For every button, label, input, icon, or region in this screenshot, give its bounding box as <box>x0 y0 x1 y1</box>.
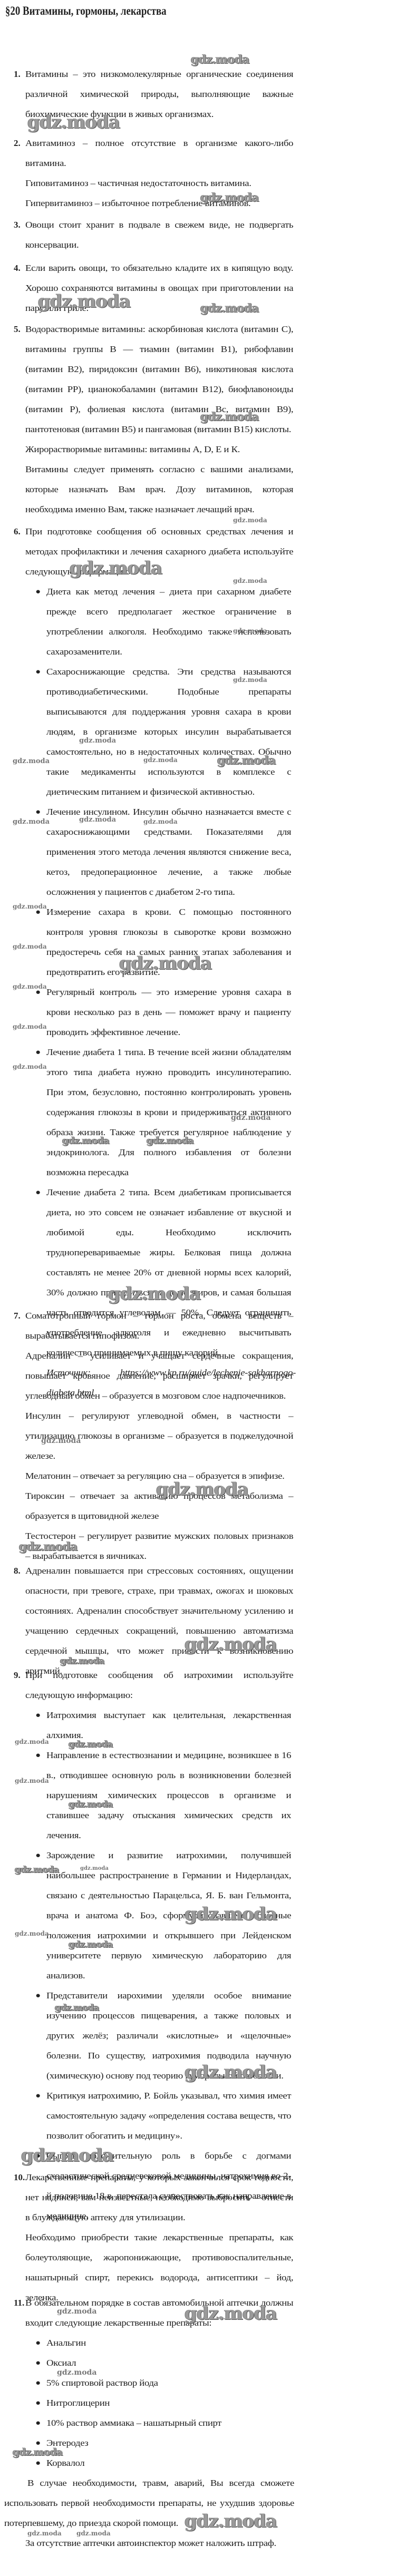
item-number: 8. <box>14 1561 21 1581</box>
answer-2-line: Авитаминоз – полное отсутствие в организ… <box>25 133 293 173</box>
answer-9: 9. При подготовке сообщения об иатрохими… <box>0 1665 416 2226</box>
answer-11-fine: За отсутствие аптечки автоинспектор може… <box>25 2533 293 2553</box>
answer-2-line: Гиповитаминоз – частичная недостаточност… <box>25 173 293 193</box>
answer-8-text: Адреналин повышается при стрессовых сост… <box>25 1561 293 1681</box>
list-item: ●5% спиртовой раствор йода <box>46 2373 291 2393</box>
page-title: §20 Витамины, гормоны, лекарства <box>5 4 167 18</box>
list-item: ●Направление в естествознании и медицине… <box>46 1745 291 1846</box>
bullet-icon: ● <box>35 2413 41 2433</box>
answer-11-outro: В случае необходимости, травм, аварий, В… <box>4 2473 294 2533</box>
bullet-icon: ● <box>35 982 41 1002</box>
list-item: ●Диета как метод лечения – диета при сах… <box>46 582 291 662</box>
answer-10: 10. Лекарственные препараты, у которых з… <box>0 2168 416 2308</box>
list-item: ●Лечение диабета 1 типа. В течение всей … <box>46 1042 291 1183</box>
answer-5-fat-soluble: Жирорастворимые витамины: витамины А, D,… <box>25 440 293 460</box>
answer-2: 2. Авитаминоз – полное отсутствие в орга… <box>0 133 416 213</box>
bullet-icon: ● <box>35 1183 41 1203</box>
list-item: ●Регулярный контроль — это измерение уро… <box>46 982 291 1042</box>
bullet-icon: ● <box>35 1745 41 1765</box>
list-item: ●Зарождение и развитие иатрохимии, получ… <box>46 1846 291 1986</box>
list-item: ●Представители иарохимии уделяли особое … <box>46 1986 291 2086</box>
item-number: 5. <box>14 319 21 339</box>
answer-2-line: Гипервитаминоз – избыточное потребление … <box>25 193 293 213</box>
bullet-icon: ● <box>35 902 41 922</box>
item-number: 11. <box>14 2293 24 2313</box>
item-number: 1. <box>14 64 21 84</box>
item-number: 2. <box>14 133 21 153</box>
item-number: 10. <box>14 2168 25 2188</box>
bullet-icon: ● <box>35 582 41 602</box>
bullet-icon: ● <box>35 662 41 682</box>
hormone-paragraph: Соматотропный гормон – гормон роста, обм… <box>25 1306 293 1346</box>
item-number: 9. <box>14 1665 21 1685</box>
list-item: ●Корвалол <box>46 2453 291 2473</box>
hormone-paragraph: Инсулин – регулируют углеводной обмен, в… <box>25 1406 293 1466</box>
answer-9-intro: При подготовке сообщения об иатрохимии и… <box>25 1665 293 1705</box>
bullet-icon: ● <box>35 2333 41 2353</box>
answer-5: 5. Водорастворимые витамины: аскорбинова… <box>0 319 416 520</box>
answer-6-list: ●Диета как метод лечения – диета при сах… <box>0 582 416 1363</box>
item-number: 4. <box>14 258 21 278</box>
item-number: 3. <box>14 215 21 235</box>
answer-1: 1. Витамины – это низкомолекулярные орга… <box>0 64 416 124</box>
answer-3: 3. Овощи стоит хранит в подвале в свежем… <box>0 215 416 255</box>
answer-5-advice: Витамины следует применять согласно с ва… <box>25 460 293 520</box>
hormone-paragraph: Тестостерон – регулирует развитие мужски… <box>25 1526 293 1566</box>
document-page: §20 Витамины, гормоны, лекарства 1. Вита… <box>0 0 416 2576</box>
bullet-icon: ● <box>35 2433 41 2453</box>
bullet-icon: ● <box>35 1986 41 2006</box>
list-item: ●Анальгин <box>46 2333 291 2353</box>
bullet-icon: ● <box>35 2453 41 2473</box>
list-item: ●Лечение инсулином. Инсулин обычно назна… <box>46 802 291 902</box>
list-item: ●Критикуя иатрохимию, Р. Бойль указывал,… <box>46 2086 291 2146</box>
bullet-icon: ● <box>35 2146 41 2166</box>
bullet-icon: ● <box>35 2373 41 2393</box>
bullet-icon: ● <box>35 2393 41 2413</box>
answer-4: 4. Если варить овощи, то обязательно кла… <box>0 258 416 318</box>
answer-7: 7. Соматотропный гормон – гормон роста, … <box>0 1306 416 1566</box>
first-aid-kit-list: ●Анальгин ●Оксиал ●5% спиртовой раствор … <box>0 2333 416 2473</box>
bullet-icon: ● <box>35 1846 41 1866</box>
answer-4-text: Если варить овощи, то обязательно кладит… <box>25 258 293 318</box>
answer-5-water-soluble: Водорастворимые витамины: аскорбиновая к… <box>25 319 293 440</box>
item-number: 7. <box>14 1306 21 1326</box>
bullet-icon: ● <box>35 1705 41 1725</box>
hormone-paragraph: Адреналин – усиливает и учащает сердечны… <box>25 1346 293 1406</box>
list-item: ●10% раствор аммиака – нашатырный спирт <box>46 2413 291 2433</box>
answer-11: 11. В обязательном порядке в состав авто… <box>0 2293 416 2553</box>
answer-1-text: Витамины – это низкомолекулярные органич… <box>25 64 293 124</box>
answer-8: 8. Адреналин повышается при стрессовых с… <box>0 1561 416 1681</box>
list-item: ●Иатрохимия выступает как целительная, л… <box>46 1705 291 1745</box>
list-item: ●Измерение сахара в крови. С помощью пос… <box>46 902 291 982</box>
answer-6: 6. При подготовке сообщения об основных … <box>0 522 416 1403</box>
bullet-icon: ● <box>35 802 41 822</box>
answer-10-disposal: Лекарственные препараты, у которых закон… <box>25 2168 293 2228</box>
list-item: ●Оксиал <box>46 2353 291 2373</box>
item-number: 6. <box>14 522 21 542</box>
list-item: ●Энтеродез <box>46 2433 291 2453</box>
bullet-icon: ● <box>35 2086 41 2106</box>
answer-3-text: Овощи стоит хранит в подвале в свежем ви… <box>25 215 293 255</box>
bullet-icon: ● <box>35 2353 41 2373</box>
bullet-icon: ● <box>35 1042 41 1062</box>
hormone-paragraph: Тироксин – отвечает за активацию процесс… <box>25 1486 293 1526</box>
answer-11-intro: В обязательном порядке в состав автомоби… <box>25 2293 293 2333</box>
list-item: ●Нитроглицерин <box>46 2393 291 2413</box>
list-item: ●Сахароснижающие средства. Эти средства … <box>46 662 291 802</box>
answer-9-list: ●Иатрохимия выступает как целительная, л… <box>0 1705 416 2226</box>
hormone-paragraph: Мелатонин – отвечает за регуляцию сна – … <box>25 1466 293 1486</box>
answer-6-intro: При подготовке сообщения об основных сре… <box>25 522 293 582</box>
